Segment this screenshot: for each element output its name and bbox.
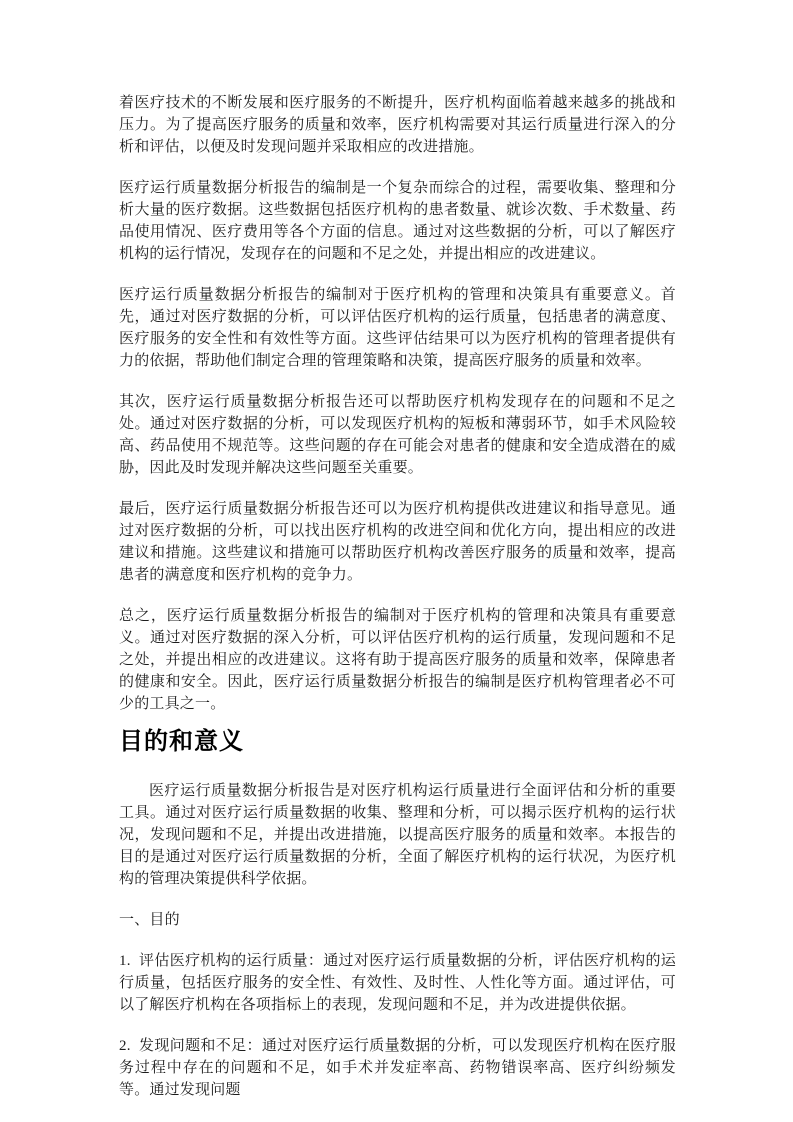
intro-paragraph-5: 最后，医疗运行质量数据分析报告还可以为医疗机构提供改进建议和指导意见。通过对医疗… xyxy=(119,498,676,586)
intro-paragraph-6: 总之，医疗运行质量数据分析报告的编制对于医疗机构的管理和决策具有重要意义。通过对… xyxy=(119,605,676,715)
intro-paragraph-1: 着医疗技术的不断发展和医疗服务的不断提升，医疗机构面临着越来越多的挑战和压力。为… xyxy=(119,92,676,158)
intro-paragraph-2: 医疗运行质量数据分析报告的编制是一个复杂而综合的过程，需要收集、整理和分析大量的… xyxy=(119,177,676,265)
intro-paragraph-3: 医疗运行质量数据分析报告的编制对于医疗机构的管理和决策具有重要意义。首先，通过对… xyxy=(119,284,676,372)
document-page: 着医疗技术的不断发展和医疗服务的不断提升，医疗机构面临着越来越多的挑战和压力。为… xyxy=(0,0,793,1122)
list-item-1-number: 1. xyxy=(119,953,131,969)
list-item-2-text: 发现问题和不足：通过对医疗运行质量数据的分析，可以发现医疗机构在医疗服务过程中存… xyxy=(119,1038,676,1098)
list-item-1-text: 评估医疗机构的运行质量：通过对医疗运行质量数据的分析，评估医疗机构的运行质量，包… xyxy=(119,953,676,1013)
subheading-purpose: 一、目的 xyxy=(119,909,676,931)
intro-paragraph-4: 其次，医疗运行质量数据分析报告还可以帮助医疗机构发现存在的问题和不足之处。通过对… xyxy=(119,391,676,479)
list-item-1: 1.评估医疗机构的运行质量：通过对医疗运行质量数据的分析，评估医疗机构的运行质量… xyxy=(119,950,676,1016)
section-heading-purpose-and-significance: 目的和意义 xyxy=(119,726,676,759)
list-item-2: 2.发现问题和不足：通过对医疗运行质量数据的分析，可以发现医疗机构在医疗服务过程… xyxy=(119,1035,676,1101)
list-item-2-number: 2. xyxy=(119,1038,131,1054)
section-lead-paragraph: 医疗运行质量数据分析报告是对医疗机构运行质量进行全面评估和分析的重要工具。通过对… xyxy=(119,780,676,890)
